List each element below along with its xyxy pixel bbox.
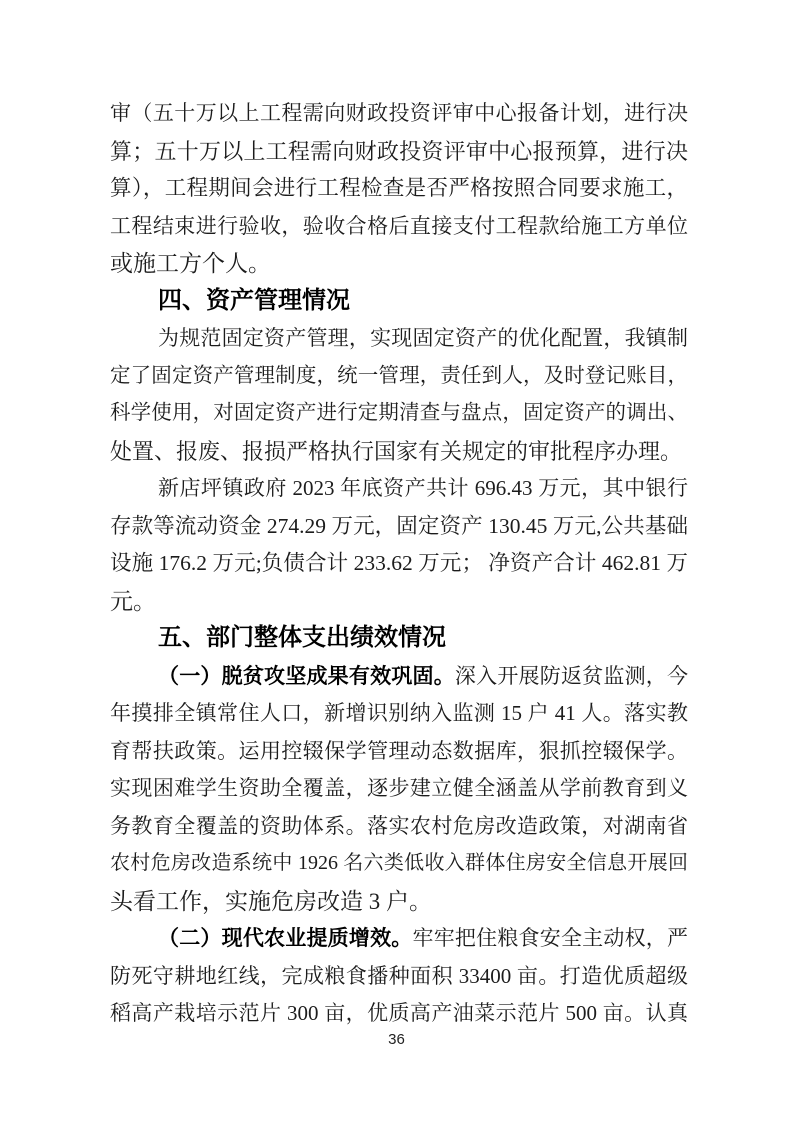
text-line: 处置、报废、报损严格执行国家有关规定的审批程序办理。 xyxy=(110,433,688,471)
text-line: 存款等流动资金 274.29 万元，固定资产 130.45 万元,公共基础 xyxy=(110,508,688,546)
text-line: 工程结束进行验收，验收合格后直接支付工程款给施工方单位 xyxy=(110,208,688,246)
bold-run: 四、资产管理情况 xyxy=(158,288,350,314)
text-line: 元。 xyxy=(110,583,688,621)
text-line: （二）现代农业提质增效。牢牢把住粮食安全主动权，严 xyxy=(110,920,688,958)
text-line: 防死守耕地红线，完成粮食播种面积 33400 亩。打造优质超级 xyxy=(110,958,688,996)
text-line: 算），工程期间会进行工程检查是否严格按照合同要求施工， xyxy=(110,170,688,208)
text-line: 实现困难学生资助全覆盖，逐步建立健全涵盖从学前教育到义 xyxy=(110,770,688,808)
text-line: 算；五十万以上工程需向财政投资评审中心报预算，进行决 xyxy=(110,133,688,171)
text-run: 设施 176.2 万元;负债合计 233.62 万元； 净资产合计 462.81… xyxy=(110,551,688,575)
text-run: 防死守耕地红线，完成粮食播种面积 33400 亩。打造优质超级 xyxy=(110,964,688,988)
section-heading: 四、资产管理情况 xyxy=(110,283,688,321)
text-line: 定了固定资产管理制度，统一管理，责任到人，及时登记账目， xyxy=(110,358,688,396)
text-run: 元。 xyxy=(110,589,156,614)
text-line: 农村危房改造系统中 1926 名六类低收入群体住房安全信息开展回 xyxy=(110,845,688,883)
text-run: 实现困难学生资助全覆盖，逐步建立健全涵盖从学前教育到义 xyxy=(110,776,688,800)
text-run: 算），工程期间会进行工程检查是否严格按照合同要求施工， xyxy=(110,176,688,200)
section-heading: 五、部门整体支出绩效情况 xyxy=(110,620,688,658)
text-run: 定了固定资产管理制度，统一管理，责任到人，及时登记账目， xyxy=(110,365,688,387)
text-run: 深入开展防返贫监测，今 xyxy=(455,664,688,688)
text-run: 算；五十万以上工程需向财政投资评审中心报预算，进行决 xyxy=(110,139,688,164)
bold-run: （二）现代农业提质增效。 xyxy=(158,926,413,950)
text-run: 或施工方个人。 xyxy=(110,251,271,276)
text-run: 新店坪镇政府 2023 年底资产共计 696.43 万元，其中银行 xyxy=(158,476,688,500)
text-line: 新店坪镇政府 2023 年底资产共计 696.43 万元，其中银行 xyxy=(110,470,688,508)
bold-run: （一）脱贫攻坚成果有效巩固。 xyxy=(158,664,455,688)
text-line: （一）脱贫攻坚成果有效巩固。深入开展防返贫监测，今 xyxy=(110,658,688,696)
text-line: 为规范固定资产管理，实现固定资产的优化配置，我镇制 xyxy=(110,320,688,358)
text-run: 处置、报废、报损严格执行国家有关规定的审批程序办理。 xyxy=(110,439,682,464)
text-line: 科学使用，对固定资产进行定期清查与盘点，固定资产的调出、 xyxy=(110,395,688,433)
text-line: 务教育全覆盖的资助体系。落实农村危房改造政策，对湖南省 xyxy=(110,808,688,846)
text-line: 育帮扶政策。运用控辍保学管理动态数据库，狠抓控辍保学。 xyxy=(110,733,688,771)
text-run: 年摸排全镇常住人口，新增识别纳入监测 15 户 41 人。落实教 xyxy=(110,701,688,725)
page-number: 36 xyxy=(0,1031,793,1048)
text-run: 务教育全覆盖的资助体系。落实农村危房改造政策，对湖南省 xyxy=(110,814,688,838)
text-line: 稻高产栽培示范片 300 亩，优质高产油菜示范片 500 亩。认真 xyxy=(110,995,688,1033)
text-line: 或施工方个人。 xyxy=(110,245,688,283)
document-page: 审（五十万以上工程需向财政投资评审中心报备计划，进行决算；五十万以上工程需向财政… xyxy=(0,0,793,1122)
text-line: 年摸排全镇常住人口，新增识别纳入监测 15 户 41 人。落实教 xyxy=(110,695,688,733)
text-run: 存款等流动资金 274.29 万元，固定资产 130.45 万元,公共基础 xyxy=(110,514,688,538)
text-line: 头看工作，实施危房改造 3 户。 xyxy=(110,883,688,921)
text-run: 为规范固定资产管理，实现固定资产的优化配置，我镇制 xyxy=(158,326,688,350)
page-body: 审（五十万以上工程需向财政投资评审中心报备计划，进行决算；五十万以上工程需向财政… xyxy=(110,95,688,1033)
text-run: 头看工作，实施危房改造 3 户。 xyxy=(110,889,432,914)
bold-run: 五、部门整体支出绩效情况 xyxy=(158,625,446,651)
text-run: 牢牢把住粮食安全主动权，严 xyxy=(413,926,689,950)
text-run: 科学使用，对固定资产进行定期清查与盘点，固定资产的调出、 xyxy=(110,402,688,424)
text-line: 设施 176.2 万元;负债合计 233.62 万元； 净资产合计 462.81… xyxy=(110,545,688,583)
text-run: 稻高产栽培示范片 300 亩，优质高产油菜示范片 500 亩。认真 xyxy=(110,1001,688,1025)
text-line: 审（五十万以上工程需向财政投资评审中心报备计划，进行决 xyxy=(110,95,688,133)
text-run: 工程结束进行验收，验收合格后直接支付工程款给施工方单位 xyxy=(110,214,688,238)
text-run: 审（五十万以上工程需向财政投资评审中心报备计划，进行决 xyxy=(110,101,688,125)
text-run: 农村危房改造系统中 1926 名六类低收入群体住房安全信息开展回 xyxy=(110,852,688,874)
text-run: 育帮扶政策。运用控辍保学管理动态数据库，狠抓控辍保学。 xyxy=(110,739,688,763)
